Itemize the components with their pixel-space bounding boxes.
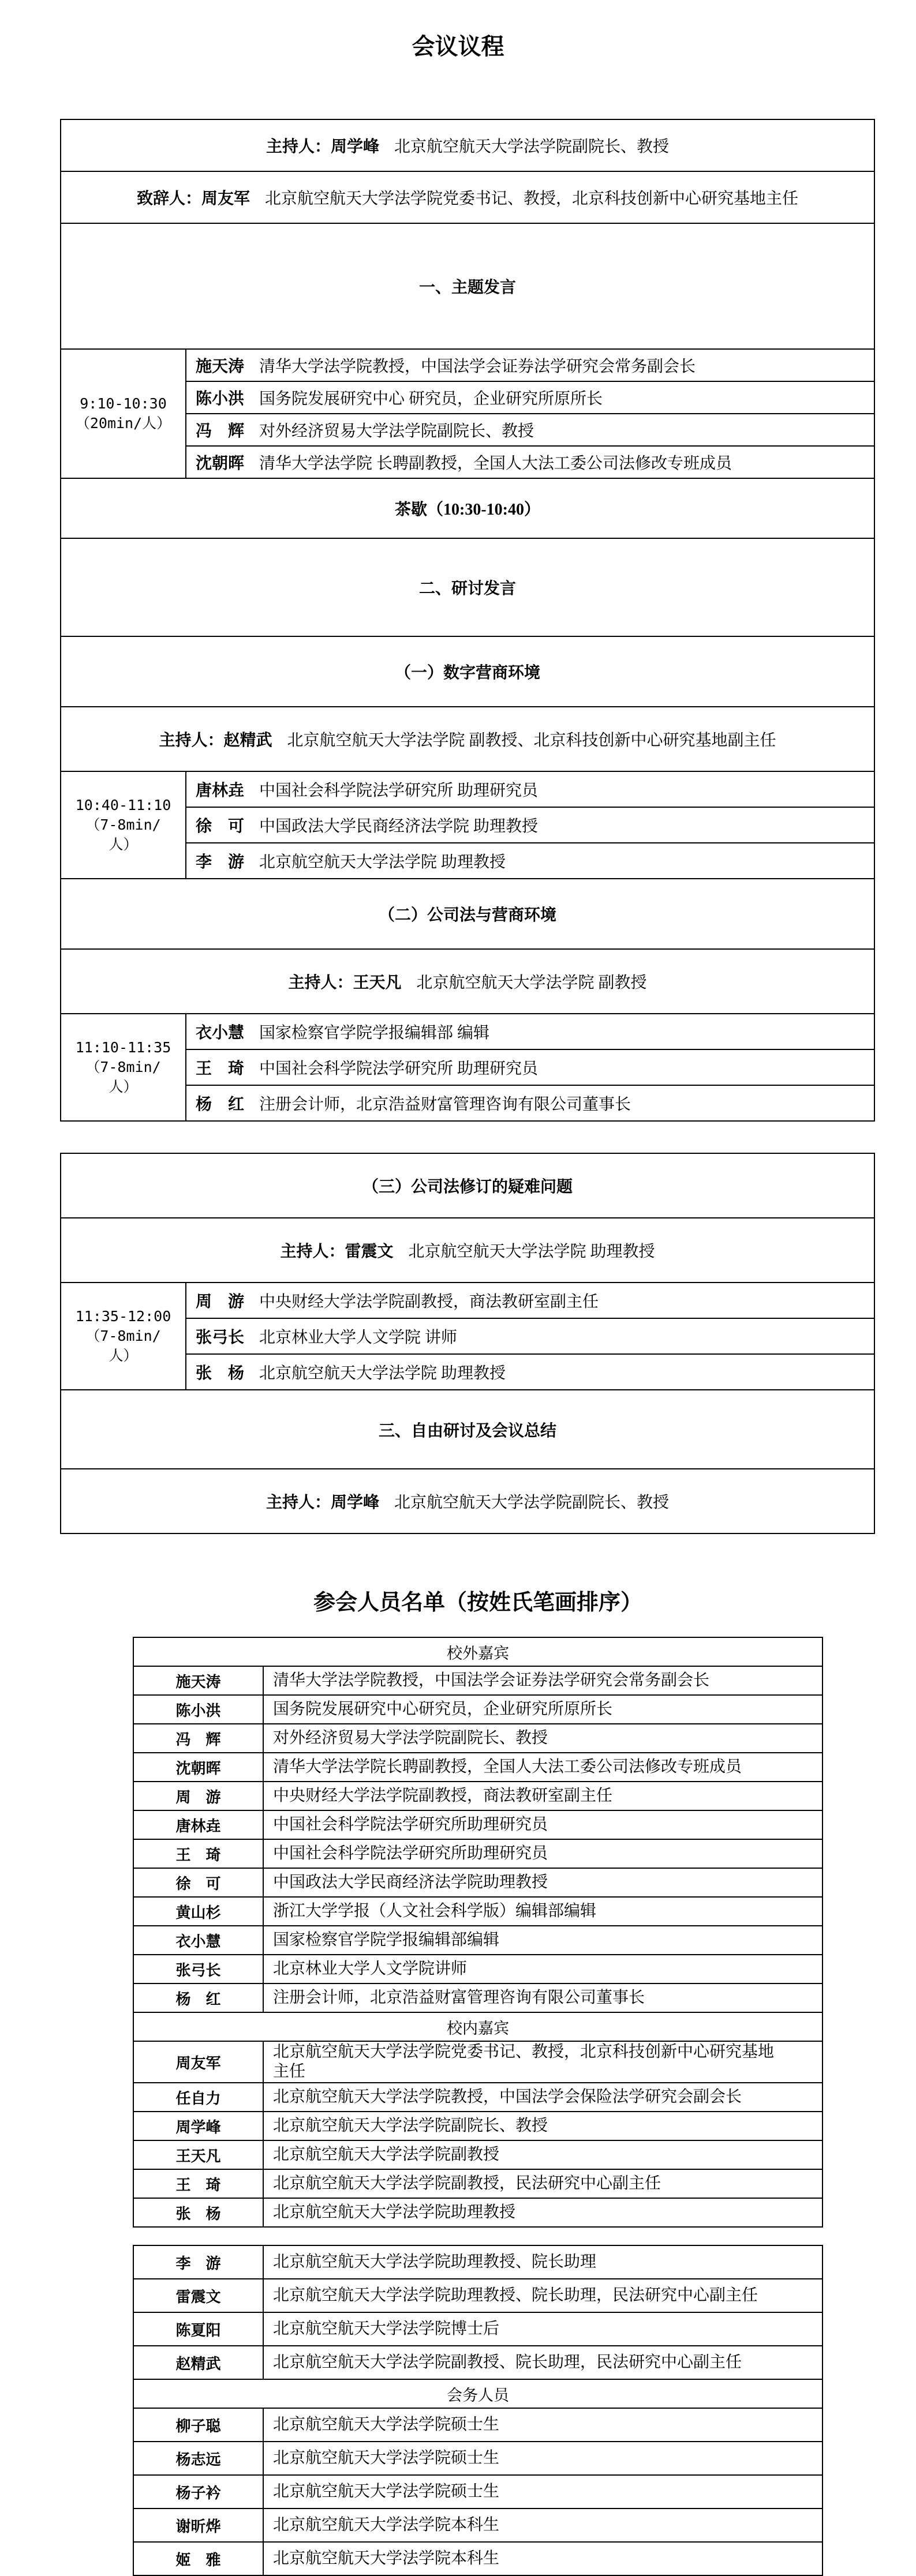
roster-row: 杨 红 注册会计师，北京浩益财富管理咨询有限公司董事长 — [133, 1983, 822, 2012]
speaker-name: 施天涛 — [196, 358, 244, 376]
speaker-row: 11:35-12:00 （7-8min/ 人） 周 游中央财经大学法学院副教授，… — [61, 1283, 874, 1318]
host-label: 主持人：王天凡 — [288, 974, 401, 992]
speaker-name: 张弓长 — [196, 1329, 244, 1347]
subsection3-title: （三）公司法修订的疑难问题 — [61, 1153, 874, 1218]
roster-desc: 北京航空航天大学法学院硕士生 — [263, 2408, 822, 2442]
roster-row: 周 游 中央财经大学法学院副教授，商法教研室副主任 — [133, 1782, 822, 1810]
speaker-row: 10:40-11:10 （7-8min/ 人） 唐林垚中国社会科学院法学研究所 … — [61, 771, 874, 807]
host-row: 主持人：雷震文北京航空航天大学法学院 助理教授 — [61, 1218, 874, 1283]
host-cell: 主持人：雷震文北京航空航天大学法学院 助理教授 — [61, 1218, 874, 1283]
roster-row: 施天涛 清华大学法学院教授，中国法学会证券法学研究会常务副会长 — [133, 1666, 822, 1695]
roster-desc: 北京航空航天大学法学院硕士生 — [263, 2442, 822, 2475]
time-range: 11:10-11:35 — [62, 1038, 184, 1058]
roster-row: 黄山杉 浙江大学学报（人文社会科学版）编辑部编辑 — [133, 1897, 822, 1926]
roster-row: 任自力 北京航空航天大学法学院教授，中国法学会保险法学研究会副会长 — [133, 2083, 822, 2112]
greeting-cell: 致辞人：周友军北京航空航天大学法学院党委书记、教授，北京科技创新中心研究基地主任 — [61, 171, 874, 223]
host-row: 主持人：周学峰北京航空航天大学法学院副院长、教授 — [61, 119, 874, 171]
roster-name: 唐林垚 — [133, 1810, 263, 1839]
roster-row: 赵精武 北京航空航天大学法学院副教授、院长助理，民法研究中心副主任 — [133, 2346, 822, 2379]
subsection-header-row: （二）公司法与营商环境 — [61, 879, 874, 949]
roster-desc: 北京航空航天大学法学院硕士生 — [263, 2475, 822, 2508]
roster-desc: 北京航空航天大学法学院党委书记、教授，北京科技创新中心研究基地主任 — [263, 2041, 822, 2083]
speaker-cell: 周 游中央财经大学法学院副教授，商法教研室副主任 — [186, 1283, 874, 1318]
roster-table-guests: 校外嘉宾 施天涛 清华大学法学院教授，中国法学会证券法学研究会常务副会长 陈小洪… — [133, 1637, 823, 2228]
speaker-name: 徐 可 — [196, 818, 244, 835]
page-title: 会议议程 — [0, 0, 916, 60]
roster-group-external: 校外嘉宾 — [133, 1637, 822, 1666]
speaker-desc: 北京航空航天大学法学院 助理教授 — [259, 1364, 506, 1382]
roster-row: 李 游 北京航空航天大学法学院助理教授、院长助理 — [133, 2245, 822, 2279]
roster-desc: 注册会计师，北京浩益财富管理咨询有限公司董事长 — [263, 1983, 822, 2012]
speaker-desc: 清华大学法学院教授，中国法学会证券法学研究会常务副会长 — [259, 358, 696, 376]
host-desc: 北京航空航天大学法学院副院长、教授 — [394, 1494, 669, 1512]
roster-desc: 浙江大学学报（人文社会科学版）编辑部编辑 — [263, 1897, 822, 1926]
time-cell: 10:40-11:10 （7-8min/ 人） — [61, 771, 186, 879]
speaker-desc: 注册会计师，北京浩益财富管理咨询有限公司董事长 — [259, 1096, 631, 1113]
speaker-desc: 中国政法大学民商经济法学院 助理教授 — [259, 818, 538, 835]
roster-group-header-row: 会务人员 — [133, 2379, 822, 2408]
tea-break-row: 茶歇（10:30-10:40） — [61, 478, 874, 538]
speaker-row: 11:10-11:35 （7-8min/ 人） 衣小慧国家检察官学院学报编辑部 … — [61, 1014, 874, 1049]
speaker-row: 9:10-10:30 （20min/人） 施天涛清华大学法学院教授，中国法学会证… — [61, 349, 874, 381]
subsection1-title: （一）数字营商环境 — [61, 636, 874, 707]
roster-group-header-row: 校外嘉宾 — [133, 1637, 822, 1666]
roster-name: 周友军 — [133, 2041, 263, 2083]
roster-name: 冯 辉 — [133, 1724, 263, 1753]
speaker-name: 杨 红 — [196, 1096, 244, 1113]
host-label: 主持人：赵精武 — [159, 732, 272, 749]
roster-desc: 北京航空航天大学法学院教授，中国法学会保险法学研究会副会长 — [263, 2083, 822, 2112]
roster-desc: 清华大学法学院教授，中国法学会证券法学研究会常务副会长 — [263, 1666, 822, 1695]
greeting-desc: 北京航空航天大学法学院党委书记、教授，北京科技创新中心研究基地主任 — [265, 190, 798, 208]
roster-name: 杨 红 — [133, 1983, 263, 2012]
speaker-cell: 张 杨北京航空航天大学法学院 助理教授 — [186, 1354, 874, 1390]
roster-desc: 北京航空航天大学法学院助理教授 — [263, 2198, 822, 2227]
speaker-name: 陈小洪 — [196, 390, 244, 408]
time-per-line1: （7-8min/ — [62, 1058, 184, 1077]
roster-desc: 北京航空航天大学法学院副教授、院长助理，民法研究中心副主任 — [263, 2346, 822, 2379]
section-header-row: 一、主题发言 — [61, 223, 874, 349]
subsection-header-row: （一）数字营商环境 — [61, 636, 874, 707]
roster-desc: 北京航空航天大学法学院副教授 — [263, 2140, 822, 2169]
speaker-name: 冯 辉 — [196, 422, 244, 440]
roster-name: 衣小慧 — [133, 1926, 263, 1955]
roster-row: 沈朝晖 清华大学法学院长聘副教授，全国人大法工委公司法修改专班成员 — [133, 1753, 822, 1782]
roster-name: 王 琦 — [133, 1839, 263, 1868]
time-cell: 9:10-10:30 （20min/人） — [61, 349, 186, 478]
roster-name: 任自力 — [133, 2083, 263, 2112]
roster-name: 徐 可 — [133, 1868, 263, 1897]
speaker-name: 张 杨 — [196, 1364, 244, 1382]
roster-row: 谢昕烨 北京航空航天大学法学院本科生 — [133, 2508, 822, 2542]
host-row: 主持人：王天凡北京航空航天大学法学院 副教授 — [61, 949, 874, 1014]
speaker-desc: 中国社会科学院法学研究所 助理研究员 — [259, 1060, 538, 1078]
speaker-name: 李 游 — [196, 853, 244, 871]
speaker-name: 唐林垚 — [196, 782, 244, 800]
roster-desc: 中国社会科学院法学研究所助理研究员 — [263, 1810, 822, 1839]
tea-break-label: 茶歇（10:30-10:40） — [61, 478, 874, 538]
roster-desc: 中国政法大学民商经济法学院助理教授 — [263, 1868, 822, 1897]
time-per-line1: （7-8min/ — [62, 1326, 184, 1346]
roster-row: 衣小慧 国家检察官学院学报编辑部编辑 — [133, 1926, 822, 1955]
roster-table-staff: 李 游 北京航空航天大学法学院助理教授、院长助理 雷震文 北京航空航天大学法学院… — [133, 2245, 823, 2576]
roster-name: 姬 雅 — [133, 2542, 263, 2575]
roster-desc: 北京航空航天大学法学院助理教授、院长助理，民法研究中心副主任 — [263, 2279, 822, 2312]
time-per-line2: 人） — [62, 1077, 184, 1097]
host-label: 主持人：雷震文 — [280, 1243, 393, 1261]
roster-row: 杨子衿 北京航空航天大学法学院硕士生 — [133, 2475, 822, 2508]
roster-row: 雷震文 北京航空航天大学法学院助理教授、院长助理，民法研究中心副主任 — [133, 2279, 822, 2312]
speaker-cell: 沈朝晖清华大学法学院 长聘副教授，全国人大法工委公司法修改专班成员 — [186, 446, 874, 478]
speaker-desc: 清华大学法学院 长聘副教授，全国人大法工委公司法修改专班成员 — [259, 455, 732, 473]
host-desc: 北京航空航天大学法学院 副教授 — [417, 974, 647, 992]
section2-title: 二、研讨发言 — [61, 538, 874, 636]
section-header-row: 二、研讨发言 — [61, 538, 874, 636]
section1-title: 一、主题发言 — [61, 223, 874, 349]
roster-desc: 北京航空航天大学法学院本科生 — [263, 2542, 822, 2575]
time-range: 10:40-11:10 — [62, 796, 184, 815]
speaker-desc: 北京航空航天大学法学院 助理教授 — [259, 853, 506, 871]
host-label: 主持人：周学峰 — [266, 1494, 379, 1512]
roster-group-staff: 会务人员 — [133, 2379, 822, 2408]
time-per-line2: 人） — [62, 1346, 184, 1366]
roster-name: 杨子衿 — [133, 2475, 263, 2508]
roster-desc: 对外经济贸易大学法学院副院长、教授 — [263, 1724, 822, 1753]
roster-desc: 北京林业大学人文学院讲师 — [263, 1955, 822, 1983]
roster-name: 周 游 — [133, 1782, 263, 1810]
greeting-label: 致辞人：周友军 — [137, 190, 250, 208]
speaker-cell: 施天涛清华大学法学院教授，中国法学会证券法学研究会常务副会长 — [186, 349, 874, 381]
host-desc: 北京航空航天大学法学院 副教授、北京科技创新中心研究基地副主任 — [287, 732, 776, 749]
roster-desc: 中国社会科学院法学研究所助理研究员 — [263, 1839, 822, 1868]
time-per: （20min/人） — [62, 414, 184, 433]
speaker-cell: 张弓长北京林业大学人文学院 讲师 — [186, 1318, 874, 1354]
roster-desc: 北京航空航天大学法学院副院长、教授 — [263, 2112, 822, 2140]
roster-name: 陈夏阳 — [133, 2312, 263, 2346]
host-desc: 北京航空航天大学法学院副院长、教授 — [394, 138, 669, 156]
speaker-name: 衣小慧 — [196, 1024, 244, 1042]
document-page: 会议议程 主持人：周学峰北京航空航天大学法学院副院长、教授 致辞人：周友军北京航… — [0, 0, 916, 2519]
time-range: 9:10-10:30 — [62, 394, 184, 414]
time-per-line2: 人） — [62, 835, 184, 854]
speaker-desc: 中国社会科学院法学研究所 助理研究员 — [259, 782, 538, 800]
host-cell: 主持人：王天凡北京航空航天大学法学院 副教授 — [61, 949, 874, 1014]
speaker-cell: 王 琦中国社会科学院法学研究所 助理研究员 — [186, 1049, 874, 1085]
roster-desc: 国家检察官学院学报编辑部编辑 — [263, 1926, 822, 1955]
roster-row: 王 琦 中国社会科学院法学研究所助理研究员 — [133, 1839, 822, 1868]
roster-row: 姬 雅 北京航空航天大学法学院本科生 — [133, 2542, 822, 2575]
roster-name: 雷震文 — [133, 2279, 263, 2312]
roster-name: 杨志远 — [133, 2442, 263, 2475]
speaker-cell: 冯 辉对外经济贸易大学法学院副院长、教授 — [186, 414, 874, 446]
speaker-name: 周 游 — [196, 1293, 244, 1311]
roster-name: 赵精武 — [133, 2346, 263, 2379]
roster-desc: 清华大学法学院长聘副教授，全国人大法工委公司法修改专班成员 — [263, 1753, 822, 1782]
roster-row: 王 琦 北京航空航天大学法学院副教授，民法研究中心副主任 — [133, 2169, 822, 2198]
speaker-desc: 对外经济贸易大学法学院副院长、教授 — [259, 422, 534, 440]
speaker-cell: 唐林垚中国社会科学院法学研究所 助理研究员 — [186, 771, 874, 807]
roster-row: 张 杨 北京航空航天大学法学院助理教授 — [133, 2198, 822, 2227]
time-per-line1: （7-8min/ — [62, 815, 184, 835]
roster-desc: 北京航空航天大学法学院副教授，民法研究中心副主任 — [263, 2169, 822, 2198]
roster-name: 王天凡 — [133, 2140, 263, 2169]
roster-name: 柳子聪 — [133, 2408, 263, 2442]
host-row: 主持人：赵精武北京航空航天大学法学院 副教授、北京科技创新中心研究基地副主任 — [61, 707, 874, 771]
speaker-desc: 北京林业大学人文学院 讲师 — [259, 1329, 457, 1347]
speaker-cell: 衣小慧国家检察官学院学报编辑部 编辑 — [186, 1014, 874, 1049]
roster-row: 陈夏阳 北京航空航天大学法学院博士后 — [133, 2312, 822, 2346]
roster-row: 陈小洪 国务院发展研究中心研究员，企业研究所原所长 — [133, 1695, 822, 1724]
speaker-cell: 徐 可中国政法大学民商经济法学院 助理教授 — [186, 807, 874, 843]
roster-row: 周学峰 北京航空航天大学法学院副院长、教授 — [133, 2112, 822, 2140]
roster-row: 唐林垚 中国社会科学院法学研究所助理研究员 — [133, 1810, 822, 1839]
roster-desc: 国务院发展研究中心研究员，企业研究所原所长 — [263, 1695, 822, 1724]
roster-group-internal: 校内嘉宾 — [133, 2012, 822, 2041]
host-opening-cell: 主持人：周学峰北京航空航天大学法学院副院长、教授 — [61, 119, 874, 171]
roster-name: 周学峰 — [133, 2112, 263, 2140]
speaker-desc: 国务院发展研究中心 研究员，企业研究所原所长 — [259, 390, 603, 408]
host-cell: 主持人：赵精武北京航空航天大学法学院 副教授、北京科技创新中心研究基地副主任 — [61, 707, 874, 771]
greeting-row: 致辞人：周友军北京航空航天大学法学院党委书记、教授，北京科技创新中心研究基地主任 — [61, 171, 874, 223]
roster-row: 张弓长 北京林业大学人文学院讲师 — [133, 1955, 822, 1983]
roster-desc: 北京航空航天大学法学院博士后 — [263, 2312, 822, 2346]
speaker-name: 沈朝晖 — [196, 455, 244, 473]
host-desc: 北京航空航天大学法学院 助理教授 — [409, 1243, 655, 1261]
roster-row: 杨志远 北京航空航天大学法学院硕士生 — [133, 2442, 822, 2475]
time-cell: 11:35-12:00 （7-8min/ 人） — [61, 1283, 186, 1390]
roster-name: 张弓长 — [133, 1955, 263, 1983]
roster-name: 施天涛 — [133, 1666, 263, 1695]
roster-name: 黄山杉 — [133, 1897, 263, 1926]
host-label: 主持人：周学峰 — [266, 138, 379, 156]
roster-row: 柳子聪 北京航空航天大学法学院硕士生 — [133, 2408, 822, 2442]
speaker-cell: 李 游北京航空航天大学法学院 助理教授 — [186, 843, 874, 879]
roster-row: 王天凡 北京航空航天大学法学院副教授 — [133, 2140, 822, 2169]
roster-name: 王 琦 — [133, 2169, 263, 2198]
time-cell: 11:10-11:35 （7-8min/ 人） — [61, 1014, 186, 1121]
roster-title: 参会人员名单（按姓氏笔画排序） — [133, 1589, 823, 1616]
subsection-header-row: （三）公司法修订的疑难问题 — [61, 1153, 874, 1218]
time-range: 11:35-12:00 — [62, 1307, 184, 1326]
speaker-name: 王 琦 — [196, 1060, 244, 1078]
speaker-desc: 国家检察官学院学报编辑部 编辑 — [259, 1024, 489, 1042]
roster-name: 张 杨 — [133, 2198, 263, 2227]
roster-desc: 北京航空航天大学法学院助理教授、院长助理 — [263, 2245, 822, 2279]
roster-row: 徐 可 中国政法大学民商经济法学院助理教授 — [133, 1868, 822, 1897]
host-row: 主持人：周学峰北京航空航天大学法学院副院长、教授 — [61, 1469, 874, 1533]
speaker-cell: 陈小洪国务院发展研究中心 研究员，企业研究所原所长 — [186, 381, 874, 414]
roster-desc: 北京航空航天大学法学院本科生 — [263, 2508, 822, 2542]
roster-name: 沈朝晖 — [133, 1753, 263, 1782]
roster-desc: 中央财经大学法学院副教授，商法教研室副主任 — [263, 1782, 822, 1810]
agenda-table-secondary: （三）公司法修订的疑难问题 主持人：雷震文北京航空航天大学法学院 助理教授 11… — [60, 1153, 875, 1534]
roster-name: 陈小洪 — [133, 1695, 263, 1724]
roster-row: 冯 辉 对外经济贸易大学法学院副院长、教授 — [133, 1724, 822, 1753]
agenda-table-main: 主持人：周学峰北京航空航天大学法学院副院长、教授 致辞人：周友军北京航空航天大学… — [60, 119, 875, 1122]
roster-row: 周友军 北京航空航天大学法学院党委书记、教授，北京科技创新中心研究基地主任 — [133, 2041, 822, 2083]
section-header-row: 三、自由研讨及会议总结 — [61, 1390, 874, 1469]
speaker-cell: 杨 红注册会计师，北京浩益财富管理咨询有限公司董事长 — [186, 1085, 874, 1121]
section3-title: 三、自由研讨及会议总结 — [61, 1390, 874, 1469]
speaker-desc: 中央财经大学法学院副教授，商法教研室副主任 — [259, 1293, 599, 1311]
host-closing-cell: 主持人：周学峰北京航空航天大学法学院副院长、教授 — [61, 1469, 874, 1533]
roster-name: 李 游 — [133, 2245, 263, 2279]
roster-group-header-row: 校内嘉宾 — [133, 2012, 822, 2041]
roster-name: 谢昕烨 — [133, 2508, 263, 2542]
subsection2-title: （二）公司法与营商环境 — [61, 879, 874, 949]
